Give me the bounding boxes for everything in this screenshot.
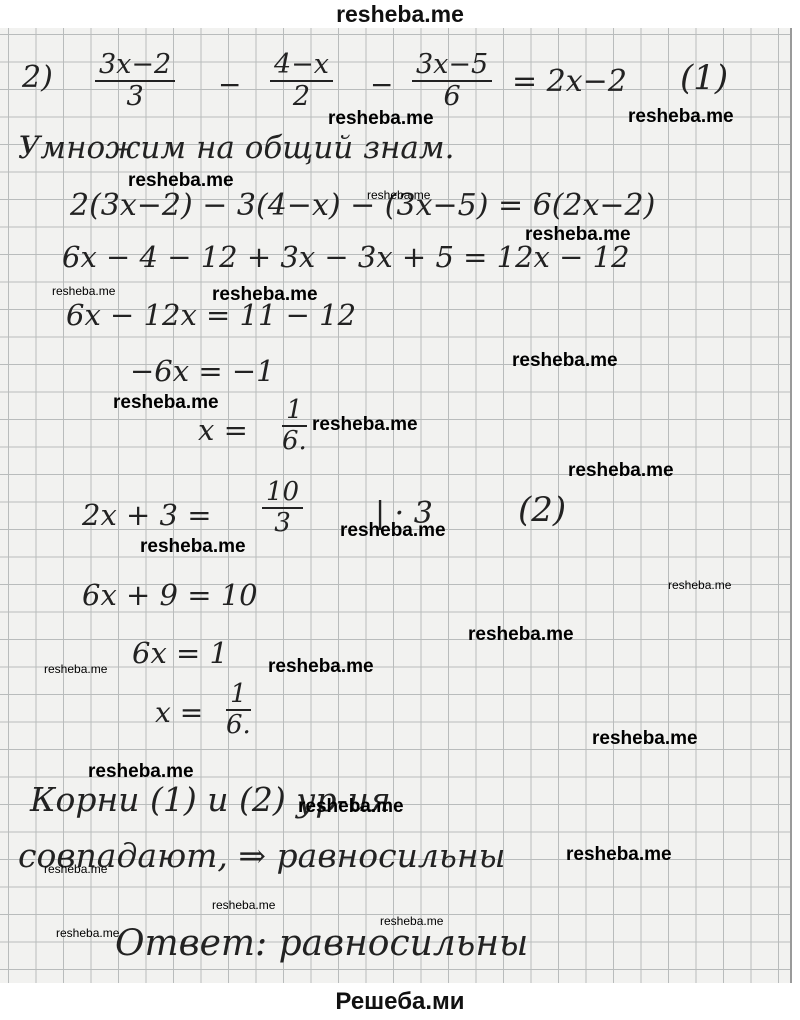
root-1-lhs: x = bbox=[198, 413, 248, 447]
fraction-3-denominator: 6 bbox=[444, 82, 461, 112]
watermark: resheba.me bbox=[525, 224, 631, 246]
step-6: 6x = 1 bbox=[132, 636, 228, 670]
footer-watermark: Решеба.ми bbox=[0, 984, 800, 1020]
fraction-2-numerator: 4−x bbox=[270, 50, 333, 82]
watermark: resheba.me bbox=[367, 188, 430, 202]
watermark: resheba.me bbox=[140, 536, 246, 558]
watermark: resheba.me bbox=[44, 862, 107, 876]
step-5: 6x + 9 = 10 bbox=[82, 578, 258, 612]
watermark: resheba.me bbox=[668, 578, 731, 592]
equation-1-tag: (1) bbox=[680, 58, 728, 98]
watermark: resheba.me bbox=[44, 662, 107, 676]
root-2-denominator: 6. bbox=[226, 711, 251, 740]
watermark: resheba.me bbox=[88, 761, 194, 783]
watermark: resheba.me bbox=[268, 656, 374, 678]
watermark: resheba.me bbox=[298, 796, 404, 818]
watermark: resheba.me bbox=[592, 728, 698, 750]
step-1: 2(3x−2) − 3(4−x) − (3x−5) = 6(2x−2) bbox=[70, 188, 655, 223]
root-1-numerator: 1 bbox=[282, 396, 307, 427]
instruction-text: Умножим на общий знам. bbox=[18, 130, 454, 166]
watermark: resheba.me bbox=[468, 624, 574, 646]
equation-2-denominator: 3 bbox=[274, 509, 291, 538]
operator-minus-2: − bbox=[370, 68, 393, 101]
watermark: resheba.me bbox=[512, 350, 618, 372]
watermark: resheba.me bbox=[52, 284, 115, 298]
watermark: resheba.me bbox=[566, 844, 672, 866]
fraction-2: 4−x 2 bbox=[270, 50, 333, 111]
equation-2-fraction: 10 3 bbox=[262, 478, 303, 537]
equation-2-tag: (2) bbox=[518, 490, 566, 530]
equation-1-rhs: = 2x−2 bbox=[512, 64, 627, 99]
root-2-lhs: x = bbox=[155, 696, 203, 729]
fraction-1-denominator: 3 bbox=[127, 82, 144, 112]
root-1-denominator: 6. bbox=[282, 427, 307, 456]
equation-2-lhs: 2x + 3 = bbox=[82, 498, 212, 532]
header-watermark: resheba.me bbox=[0, 0, 800, 28]
step-4: −6x = −1 bbox=[130, 354, 275, 388]
watermark: resheba.me bbox=[212, 898, 275, 912]
fraction-3: 3x−5 6 bbox=[412, 50, 492, 111]
root-1-fraction: 1 6. bbox=[282, 396, 307, 455]
watermark: resheba.me bbox=[113, 392, 219, 414]
watermark: resheba.me bbox=[212, 284, 318, 306]
fraction-1-numerator: 3x−2 bbox=[95, 50, 175, 82]
watermark: resheba.me bbox=[380, 914, 443, 928]
watermark: resheba.me bbox=[312, 414, 418, 436]
watermark: resheba.me bbox=[56, 926, 119, 940]
equation-2-numerator: 10 bbox=[262, 478, 303, 509]
item-label: 2) bbox=[22, 60, 53, 95]
root-2-numerator: 1 bbox=[226, 680, 251, 711]
answer-text: Ответ: равносильны bbox=[115, 923, 528, 964]
watermark: resheba.me bbox=[128, 170, 234, 192]
root-2-fraction: 1 6. bbox=[226, 680, 251, 739]
fraction-3-numerator: 3x−5 bbox=[412, 50, 492, 82]
fraction-1: 3x−2 3 bbox=[95, 50, 175, 111]
operator-minus-1: − bbox=[218, 68, 241, 101]
graph-paper-page: 2) 3x−2 3 − 4−x 2 − 3x−5 6 = 2x−2 (1) Ум… bbox=[0, 28, 792, 983]
fraction-2-denominator: 2 bbox=[293, 82, 310, 112]
watermark: resheba.me bbox=[340, 520, 446, 542]
watermark: resheba.me bbox=[568, 460, 674, 482]
watermark: resheba.me bbox=[328, 108, 434, 130]
watermark: resheba.me bbox=[628, 106, 734, 128]
